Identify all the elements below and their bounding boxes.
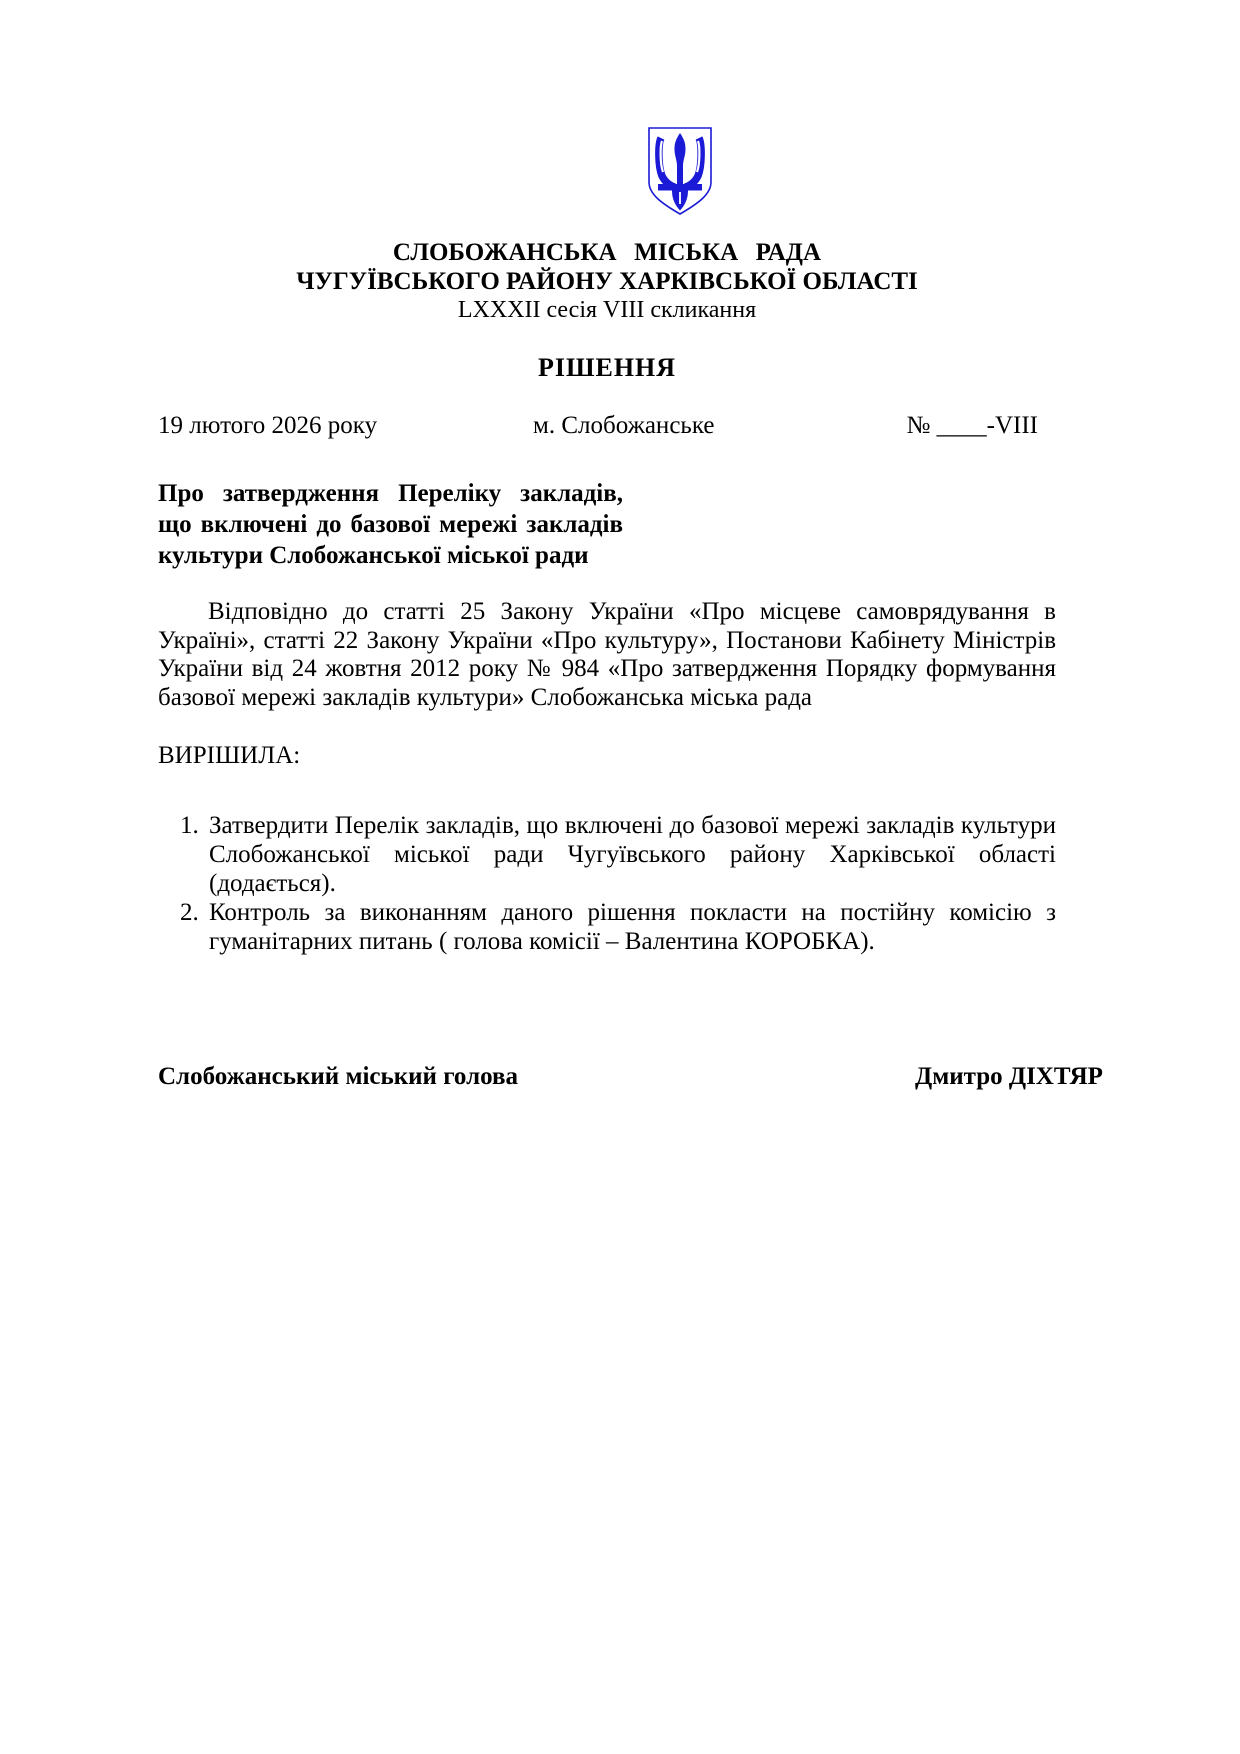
document-place: м. Слобожанське [533, 411, 714, 441]
document-content: СЛОБОЖАНСЬКА МІСЬКА РАДА ЧУГУЇВСЬКОГО РА… [0, 0, 1240, 1094]
resolved-label: ВИРІШИЛА: [158, 741, 1056, 771]
document-date: 19 лютого 2026 року [158, 411, 377, 441]
org-name-line2: ЧУГУЇВСЬКОГО РАЙОНУ ХАРКІВСЬКОЇ ОБЛАСТІ [158, 267, 1056, 296]
signer-name: Дмитро ДІХТЯР [915, 1062, 1103, 1092]
session-line: LXXXII сесія VIII скликання [158, 296, 1056, 325]
meta-row: 19 лютого 2026 року м. Слобожанське № __… [158, 411, 1056, 441]
decision-item: Затвердити Перелік закладів, що включені… [205, 811, 1056, 898]
signer-position: Слобожанський міський голова [158, 1062, 518, 1092]
org-header: СЛОБОЖАНСЬКА МІСЬКА РАДА ЧУГУЇВСЬКОГО РА… [158, 238, 1056, 325]
org-name-line1: СЛОБОЖАНСЬКА МІСЬКА РАДА [158, 238, 1056, 267]
ukraine-trident-icon [647, 126, 713, 216]
document-number: № ____-VIII [907, 411, 1038, 441]
signature-row: Слобожанський міський голова Дмитро ДІХТ… [158, 1062, 1056, 1094]
document-page: СЛОБОЖАНСЬКА МІСЬКА РАДА ЧУГУЇВСЬКОГО РА… [0, 0, 1240, 1754]
decision-items-list: Затвердити Перелік закладів, що включені… [158, 811, 1056, 956]
document-subject: Про затвердження Переліку закладів, що в… [158, 478, 623, 571]
decision-item: Контроль за виконанням даного рішення по… [205, 898, 1056, 956]
document-type-title: РІШЕННЯ [158, 353, 1056, 383]
preamble-paragraph: Відповідно до статті 25 Закону України «… [158, 598, 1056, 712]
